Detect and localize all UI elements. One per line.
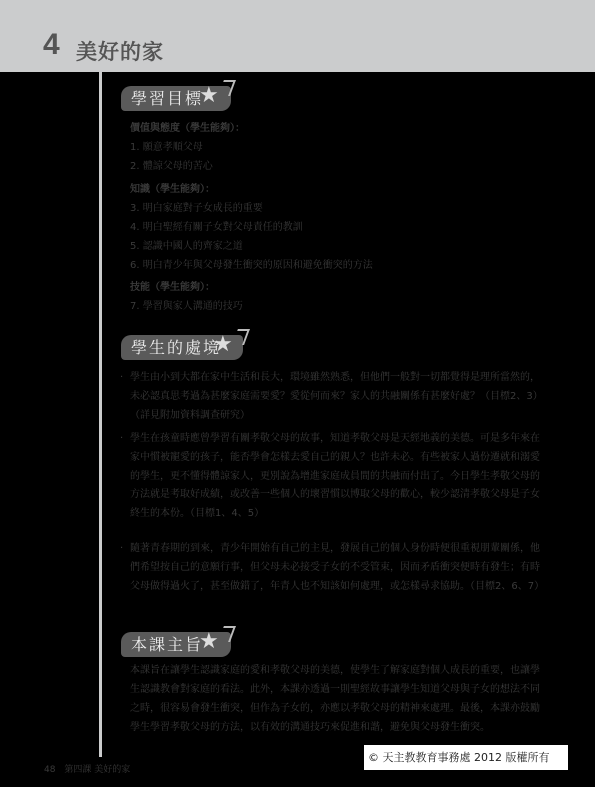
situation-bullet: ‧ 學生由小到大都在家中生活和長大，環境雖然熟悉，但他們一般對一切都覺得是理所當… — [130, 369, 542, 425]
objective-group-heading: 價值與態度（學生能夠）： — [130, 119, 245, 138]
star-icon: ★ — [213, 331, 235, 359]
bullet-text: 隨著青春期的到來，青少年開始有自己的主見，發展自己的個人身份時便很重視朋輩關係，… — [130, 543, 544, 592]
star-icon: ★ — [199, 628, 221, 656]
badge-label: 學生的處境 — [131, 338, 221, 357]
section-badge-main-idea: 本課主旨 ★ — [121, 632, 231, 657]
objective-item: 2. 體諒父母的苦心 — [130, 157, 213, 176]
page-footer: 48 第四課 美好的家 — [44, 762, 130, 775]
star-icon: ★ — [199, 82, 221, 110]
bullet-dot: ‧ — [120, 369, 123, 388]
objective-group-heading: 技能（學生能夠）： — [130, 278, 215, 297]
situation-bullet: ‧ 學生在孩童時應曾學習有關孝敬父母的故事，知道孝敬父母是天經地義的美德。可是多… — [130, 430, 542, 524]
objective-item: 4. 明白聖經有關子女對父母責任的教訓 — [130, 218, 303, 237]
badge-label: 學習目標 — [131, 89, 203, 108]
situation-bullet: ‧ 隨著青春期的到來，青少年開始有自己的主見，發展自己的個人身份時便很重視朋輩關… — [130, 540, 542, 596]
section-badge-situation: 學生的處境 ★ — [121, 335, 243, 360]
objective-item: 7. 學習與家人溝通的技巧 — [130, 297, 243, 316]
running-title: 第四課 美好的家 — [64, 765, 130, 775]
objective-item: 5. 認識中國人的齊家之道 — [130, 237, 243, 256]
objective-item: 1. 願意孝順父母 — [130, 138, 203, 157]
page-number: 48 — [44, 765, 55, 775]
badge-label: 本課主旨 — [131, 635, 203, 654]
chapter-header: 4 美好的家 — [0, 0, 595, 72]
main-idea-paragraph: 本課旨在讓學生認識家庭的愛和孝敬父母的美德，使學生了解家庭對個人成長的重要，也讓… — [130, 661, 545, 737]
section-badge-objectives: 學習目標 ★ — [121, 86, 231, 111]
bullet-dot: ‧ — [120, 540, 123, 559]
bullet-dot: ‧ — [120, 430, 123, 449]
bullet-text: 學生由小到大都在家中生活和長大，環境雖然熟悉，但他們一般對一切都覺得是理所當然的… — [130, 372, 540, 421]
chapter-number: 4 — [43, 28, 60, 62]
copyright-notice: © 天主教教育事務處 2012 版權所有 — [364, 745, 568, 770]
bullet-text: 學生在孩童時應曾學習有關孝敬父母的故事，知道孝敬父母是天經地義的美德。可是多年來… — [130, 433, 540, 519]
objective-item: 6. 明白青少年與父母發生衝突的原因和避免衝突的方法 — [130, 256, 373, 275]
margin-rule — [99, 72, 102, 757]
objective-group-heading: 知識（學生能夠）： — [130, 180, 215, 199]
chapter-title: 美好的家 — [76, 36, 164, 66]
objective-item: 3. 明白家庭對子女成長的重要 — [130, 199, 263, 218]
